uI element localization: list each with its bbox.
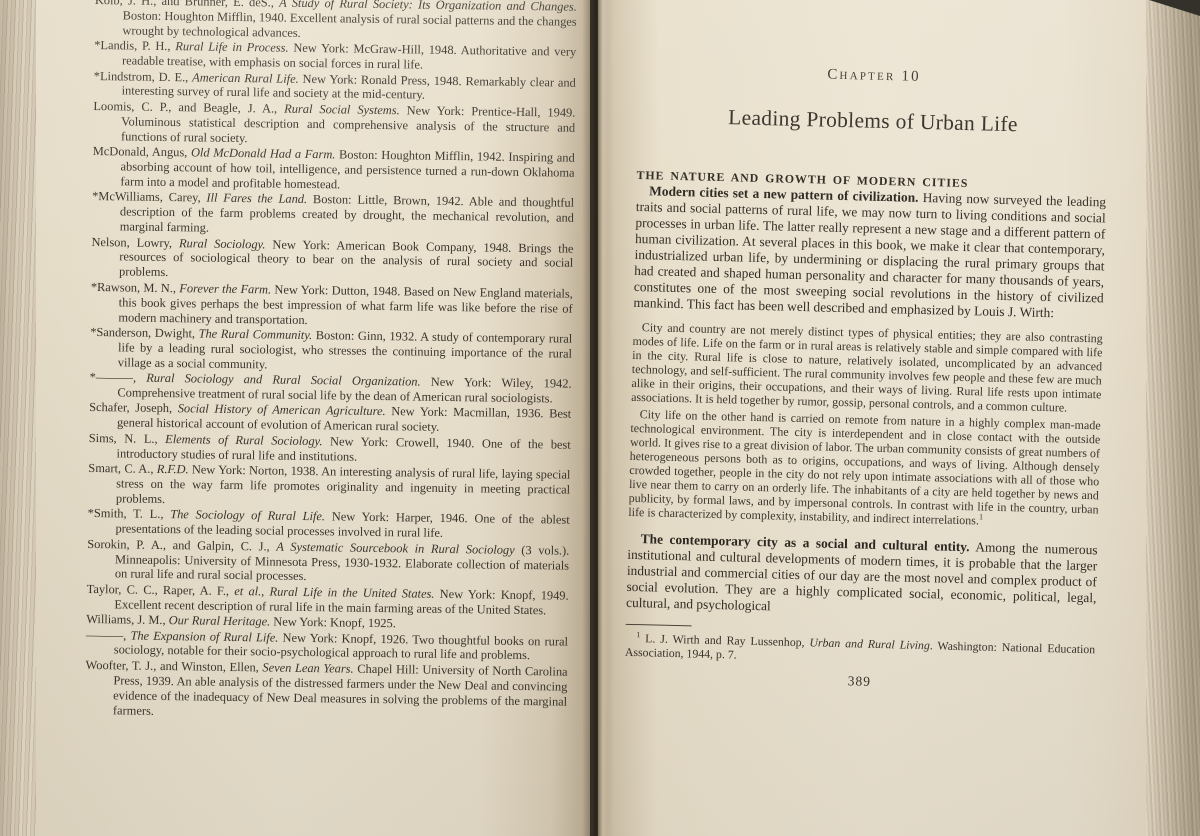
- left-page: Kolb, J. H., and Brunner, E. deS., A Stu…: [36, 0, 590, 836]
- chapter-label: Chapter 10: [639, 62, 1109, 90]
- open-book-photo: Kolb, J. H., and Brunner, E. deS., A Stu…: [0, 0, 1200, 836]
- paragraph-contemporary-city: The contemporary city as a social and cu…: [626, 531, 1098, 622]
- bibliography-entry: *McWilliams, Carey, Ill Fares the Land. …: [92, 189, 575, 240]
- page-number: 389: [624, 668, 1094, 695]
- footnote: 1 L. J. Wirth and Ray Lussenhop, Urban a…: [625, 631, 1096, 670]
- chapter-title: Leading Problems of Urban Life: [638, 103, 1108, 139]
- right-page-content: Chapter 10 Leading Problems of Urban Lif…: [624, 36, 1110, 695]
- bibliography-entry: Sorokin, P. A., and Galpin, C. J., A Sys…: [87, 537, 570, 588]
- quote-paragraph-2: City life on the other hand is carried o…: [628, 407, 1101, 530]
- bibliography-entry: *Sanderson, Dwight, The Rural Community.…: [90, 325, 573, 376]
- quote-paragraph-1: City and country are not merely distinct…: [631, 320, 1103, 415]
- bibliography-entry: McDonald, Angus, Old McDonald Had a Farm…: [92, 144, 575, 195]
- right-page-stack-edge: [1146, 0, 1200, 836]
- bibliography-entry: Loomis, C. P., and Beagle, J. A., Rural …: [93, 99, 576, 150]
- bibliography-entry: *Rawson, M. N., Forever the Farm. New Yo…: [90, 280, 573, 331]
- right-page: Chapter 10 Leading Problems of Urban Lif…: [598, 0, 1146, 836]
- left-page-stack-edge: [0, 0, 36, 836]
- bibliography-entry: Smart, C. A., R.F.D. New York: Norton, 1…: [88, 461, 571, 512]
- footnote-rule: [626, 624, 692, 627]
- right-page-body: Modern cities set a new pattern of civil…: [626, 183, 1106, 622]
- bibliography-list: Kolb, J. H., and Brunner, E. deS., A Stu…: [85, 0, 577, 725]
- bibliography-entry: Woofter, T. J., and Winston, Ellen, Seve…: [85, 658, 568, 724]
- bibliography-entry: Kolb, J. H., and Brunner, E. deS., A Stu…: [94, 0, 577, 44]
- bibliography-entry: Nelson, Lowry, Rural Sociology. New York…: [91, 234, 574, 285]
- paragraph-modern-cities: Modern cities set a new pattern of civil…: [633, 183, 1106, 322]
